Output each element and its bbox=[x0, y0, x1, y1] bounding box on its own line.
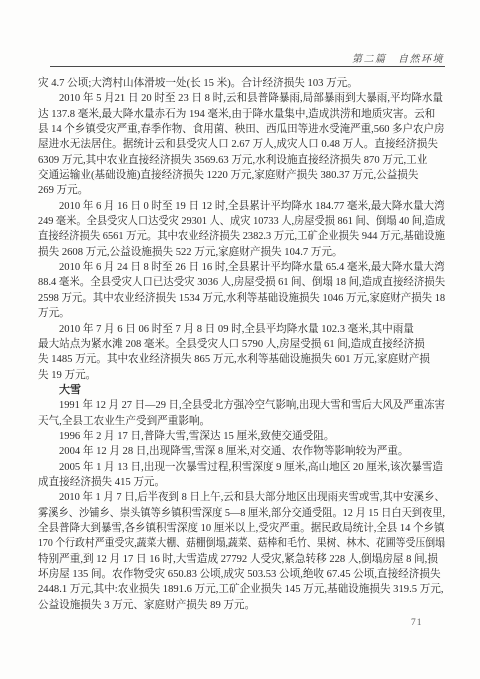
text-line: 失 1485 万元。其中农业经济损失 865 万元,水利等基础设施损失 601 … bbox=[38, 352, 445, 367]
text-line: 直接经济损失 6561 万元。其中农业经济损失 2382.3 万元,工矿企业损失… bbox=[38, 229, 436, 244]
text-line: 6309 万元,其中农业直接经济损失 3569.63 万元,水利设施直接经济损失… bbox=[38, 153, 445, 168]
text-line: 交通运输业(基础设施)直接经济损失 1220 万元,家庭财产损失 380.37 … bbox=[38, 168, 445, 183]
page-number: 71 bbox=[411, 618, 423, 628]
text-line: 2010 年 1 月 7 日,后半夜到 8 日上午,云和县大部分地区出现雨夹雪或… bbox=[38, 490, 439, 505]
text-line: 最大站点为紧水滩 208 毫米。全县受灾人口 5790 人,房屋受损 61 间,… bbox=[38, 337, 445, 352]
text-line: 天气,全县工农业生产受到严重影响。 bbox=[38, 414, 445, 429]
text-line: 2004 年 12 月 28 日,出现降雪,雪深 8 厘米,对交通、农作物等影响… bbox=[38, 444, 445, 459]
running-head-title: 第二篇 自然环境 bbox=[352, 50, 444, 65]
text-line: 灾 4.7 公顷;大湾村山体滑坡一处(长 15 米)。合计经济损失 103 万元… bbox=[38, 76, 445, 91]
text-line: 269 万元。 bbox=[38, 183, 445, 198]
text-line: 全县普降大到暴雪,各乡镇积雪深度 10 厘米以上,受灾严重。据民政局统计,全县 … bbox=[38, 521, 441, 536]
text-line: 损失 2608 万元,公益设施损失 522 万元,家庭财产损失 104.7 万元… bbox=[38, 245, 445, 260]
text-line: 2010 年 6 月 16 日 0 时至 19 日 12 时,全县累计平均降水 … bbox=[38, 199, 444, 214]
text-line: 2598 万元。其中农业经济损失 1534 万元,水利等基础设施损失 1046 … bbox=[38, 291, 439, 306]
text-line: 88.4 毫米。全县受灾人口已达受灾 3036 人,房屋受损 61 间、倒塌 1… bbox=[38, 275, 439, 290]
text-line: 2010 年 7 月 6 日 06 时至 7 月 8 日 09 时,全县平均降水… bbox=[38, 322, 445, 337]
text-line: 万元。 bbox=[38, 306, 445, 321]
text-line: 失 19 万元。 bbox=[38, 368, 445, 383]
text-line: 坏房屋 135 间。农作物受灾 650.83 公顷,成灾 503.53 公顷,绝… bbox=[38, 567, 445, 582]
text-line: 成直接经济损失 415 万元。 bbox=[38, 475, 445, 490]
text-line: 特别严重,到 12 月 17 日 16 时,大雪造成 27792 人受灾,紧急转… bbox=[38, 552, 445, 567]
text-line: 雾溪乡、沙铺乡、崇头镇等乡镇积雪深度 5—8 厘米,部分交通受阻。12 月 15… bbox=[38, 506, 431, 521]
text-line: 2010 年 6 月 24 日 8 时至 26 日 16 时,全县累计平均降水量… bbox=[38, 260, 444, 275]
book-page: 第二篇 自然环境 灾 4.7 公顷;大湾村山体滑坡一处(长 15 米)。合计经济… bbox=[0, 0, 480, 679]
text-line: 屋进水无法居住。据统计云和县受灾人口 2.67 万人,成灾人口 0.48 万人。… bbox=[38, 137, 445, 152]
text-line: 1991 年 12 月 27 日—29 日,全县受北方强冷空气影响,出现大雪和雪… bbox=[38, 398, 439, 413]
text-line: 170 个行政村严重受灾,蔬菜大棚、菇棚倒塌,蔬菜、菇棒和毛竹、果树、林木、花圃… bbox=[38, 536, 417, 551]
header-rule bbox=[50, 66, 445, 67]
text-line: 249 毫米。全县受灾人口达受灾 29301 人、成灾 10733 人,房屋受损… bbox=[38, 214, 431, 229]
text-line: 2005 年 1 月 13 日,出现一次暴雪过程,积雪深度 9 厘米,高山地区 … bbox=[38, 460, 445, 475]
section-heading: 大雪 bbox=[38, 383, 445, 398]
page-body: 灾 4.7 公顷;大湾村山体滑坡一处(长 15 米)。合计经济损失 103 万元… bbox=[38, 76, 445, 613]
text-line: 县 14 个乡镇受灾严重,春季作物、食用菌、秧田、西瓜田等进水受淹严重,560 … bbox=[38, 122, 441, 137]
text-line: 2010 年 5 月21 日 20 时至 23 日 8 时,云和县普降暴雨,局部… bbox=[38, 91, 445, 106]
text-line: 1996 年 2 月 17 日,普降大雪,雪深达 15 厘米,致使交通受阻。 bbox=[38, 429, 445, 444]
text-line: 2448.1 万元,其中:农业损失 1891.6 万元,工矿企业损失 145 万… bbox=[38, 582, 445, 597]
text-line: 公益设施损失 3 万元、家庭财产损失 89 万元。 bbox=[38, 598, 445, 613]
text-line: 达 137.8 毫米,最大降水量赤石为 194 毫米,由于降水量集中,造成洪涝和… bbox=[38, 107, 445, 122]
